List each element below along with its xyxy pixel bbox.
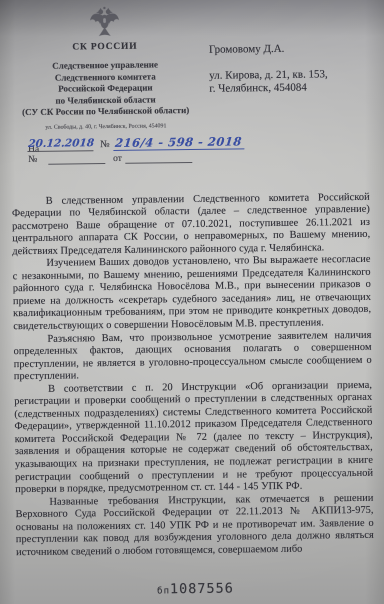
letter-page: СК РОССИИ Следственное управление Следст… [0, 0, 384, 604]
incoming-date-blank [125, 151, 193, 163]
reference-block: 20.12.2018 № 216/4 - 598 - 2018 На № от [20, 133, 192, 164]
coat-of-arms-eagle-icon [87, 5, 121, 39]
body-paragraph-2: Изучением Ваших доводов установлено, что… [12, 254, 371, 334]
body-paragraph-1: В следственном управлении Следственного … [12, 191, 371, 258]
org-title: СК РОССИИ [19, 41, 191, 53]
body-paragraph-4: В соответствии с п. 20 Инструкции «Об ор… [14, 380, 373, 497]
document-photo: СК РОССИИ Следственное управление Следст… [0, 0, 384, 604]
outgoing-number-handwritten: 216/4 - 598 - 2018 [113, 134, 245, 151]
org-name-abbrev: (СУ СК России по Челябинской области) [20, 105, 192, 119]
org-block: СК РОССИИ Следственное управление Следст… [0, 4, 194, 165]
letter-body: В следственном управлении Следственного … [12, 191, 374, 559]
addressee-city: г. Челябинск, 454084 [209, 81, 328, 95]
org-postal-address: ул. Свободы, д. 40, г. Челябинск, Россия… [20, 122, 192, 130]
body-paragraph-5: Названные требования Инструкции, как отм… [15, 492, 374, 559]
incoming-number-blank [48, 153, 105, 165]
body-paragraph-3: Разъясняю Вам, что произвольное усмотрен… [13, 329, 372, 384]
form-serial-number: бп1087556 [3, 576, 384, 600]
addressee-name: Громовому Д.А. [209, 42, 328, 55]
letterhead: СК РОССИИ Следственное управление Следст… [0, 0, 382, 165]
outgoing-date-handwritten: 20.12.2018 [27, 137, 94, 152]
number-sign-label: № [94, 138, 114, 150]
form-serial-prefix: бп [157, 586, 170, 596]
incoming-date-label: от [105, 153, 125, 163]
form-serial-digits: 1087556 [170, 581, 234, 598]
addressee-street: ул. Кирова, д. 21, кв. 153, [209, 68, 328, 82]
